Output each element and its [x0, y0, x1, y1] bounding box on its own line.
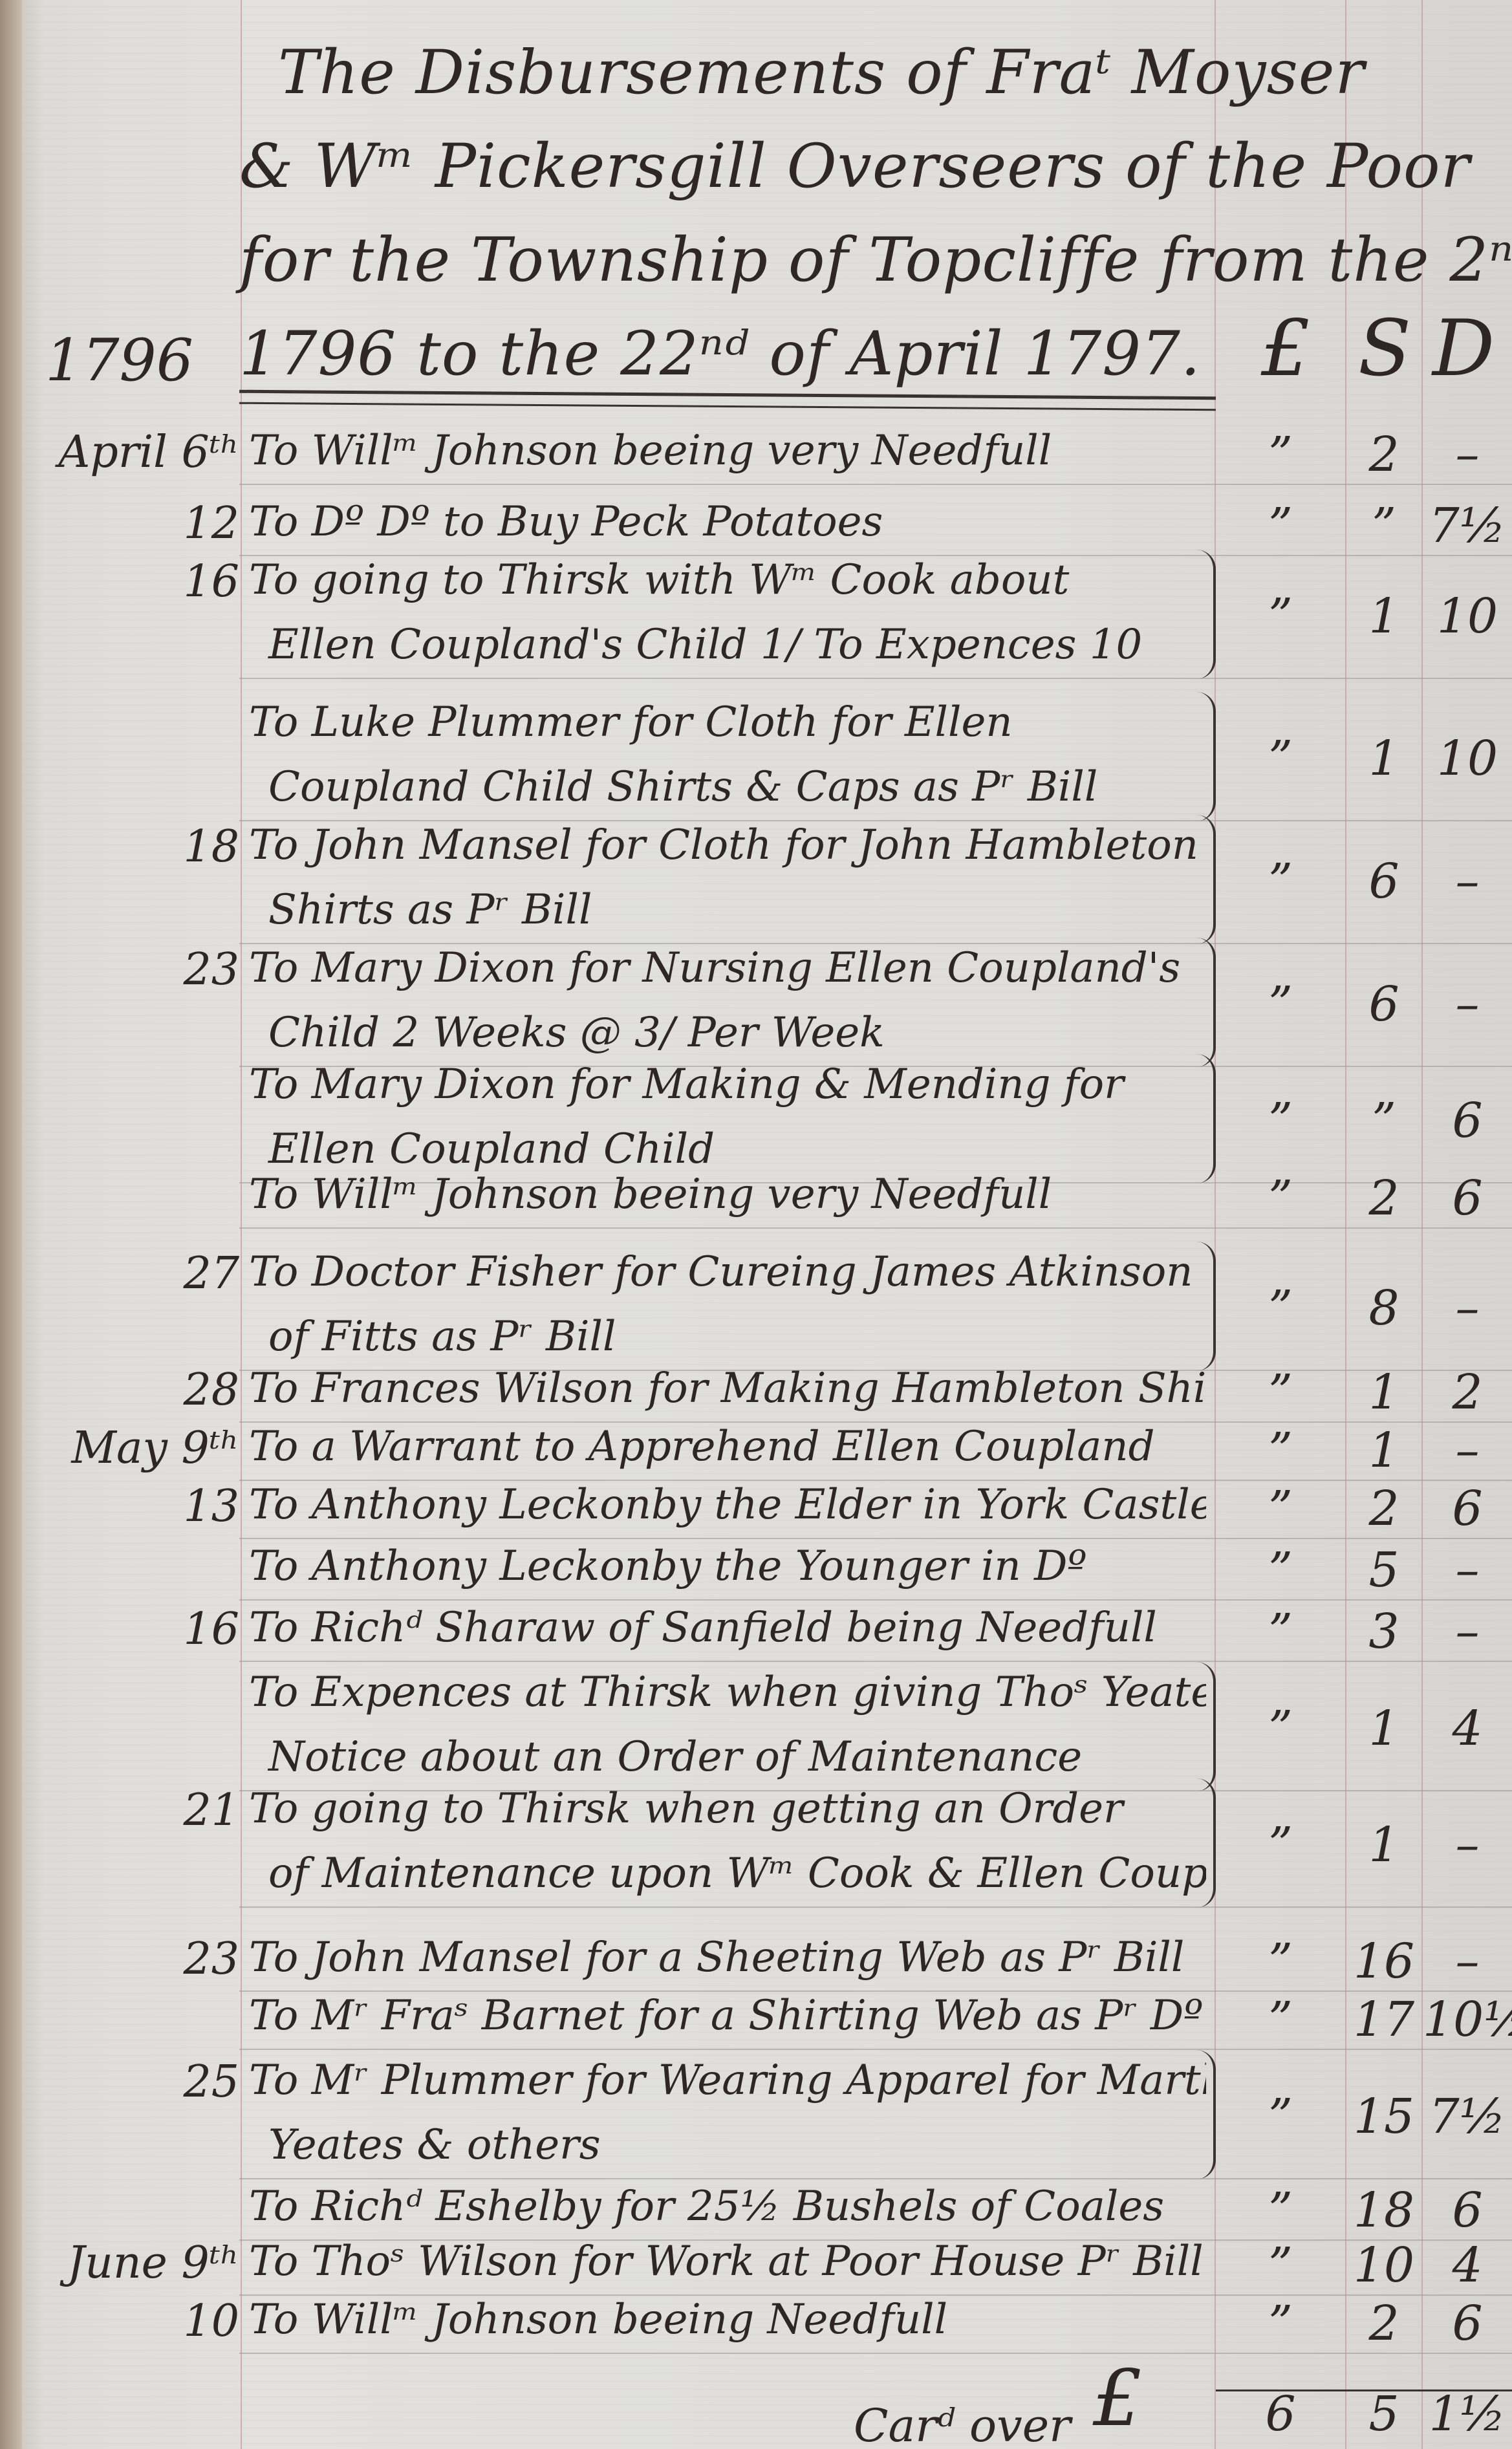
- entry-line: Coupland Child Shirts & Caps as Pʳ Bill: [249, 763, 1206, 828]
- entry-date: 13: [26, 1481, 239, 1532]
- entry-description: To Anthony Leckonby the Elder in York Ca…: [249, 1481, 1206, 1546]
- ruled-line: [239, 1906, 1512, 1908]
- entry-shillings: 3: [1345, 1604, 1423, 1659]
- entry-date: 16: [26, 1604, 239, 1655]
- entry-pence: –: [1423, 427, 1512, 482]
- entry-shillings: 1: [1345, 588, 1423, 644]
- entry-description: To going to Thirsk with Wᵐ Cook aboutEll…: [249, 556, 1206, 685]
- entry-description: To Doctor Fisher for Cureing James Atkin…: [249, 1248, 1206, 1377]
- entry-month: June: [67, 2238, 167, 2289]
- entry-day: 9ᵗʰ: [182, 2238, 239, 2289]
- entry-day: 6ᵗʰ: [182, 427, 239, 478]
- entry-pounds: ”: [1216, 1365, 1345, 1420]
- entry-date: 23: [26, 1934, 239, 1985]
- entry-shillings: 6: [1345, 854, 1423, 909]
- entry-line: To Expences at Thirsk when giving Thoˢ Y…: [249, 1668, 1206, 1733]
- entry-description: To Luke Plummer for Cloth for EllenCoupl…: [249, 698, 1206, 828]
- entry-date: 21: [26, 1785, 239, 1836]
- entry-brace: [1196, 692, 1216, 821]
- title-line: & Wᵐ Pickersgill Overseers of the Poor: [239, 120, 1248, 213]
- entry-pounds: ”: [1216, 1604, 1345, 1659]
- entry-description: To John Mansel for a Sheeting Web as Pʳ …: [249, 1934, 1206, 1998]
- entry-description: To Mʳ Plummer for Wearing Apparel for Ma…: [249, 2056, 1206, 2186]
- entry-day: 10: [183, 2296, 239, 2347]
- entry-shillings: 15: [1345, 2089, 1423, 2144]
- entry-line: Ellen Coupland's Child 1/ To Expences 10: [249, 621, 1206, 685]
- entry-line: To a Warrant to Apprehend Ellen Coupland: [249, 1423, 1206, 1487]
- entry-pounds: ”: [1216, 1423, 1345, 1478]
- entry-day: 25: [183, 2056, 239, 2108]
- entry-brace: [1196, 2050, 1216, 2179]
- entry-shillings: 17: [1345, 1992, 1423, 2047]
- entry-pounds: ”: [1216, 588, 1345, 644]
- entry-brace: [1196, 938, 1216, 1067]
- entry-shillings: ”: [1345, 1093, 1423, 1149]
- entry-date: 28: [26, 1365, 239, 1416]
- entry-description: To a Warrant to Apprehend Ellen Coupland: [249, 1423, 1206, 1487]
- entry-shillings: 1: [1345, 1365, 1423, 1420]
- pounds-header: £: [1261, 304, 1310, 394]
- entry-shillings: 10: [1345, 2238, 1423, 2293]
- entry-pence: 7½: [1423, 2089, 1512, 2144]
- entry-brace: [1196, 1054, 1216, 1183]
- entry-date: April 6ᵗʰ: [26, 427, 239, 478]
- entry-shillings: 2: [1345, 1171, 1423, 1226]
- entry-pounds: ”: [1216, 2089, 1345, 2144]
- total-shillings: 5: [1345, 2386, 1423, 2442]
- entry-pence: 7½: [1423, 498, 1512, 554]
- entry-description: To Willᵐ Johnson beeing Needfull: [249, 2296, 1206, 2360]
- title-line: for the Township of Topcliffe from the 2…: [239, 213, 1248, 307]
- entry-pence: 10: [1423, 588, 1512, 644]
- ruled-line: [239, 2178, 1512, 2179]
- ruled-line: [239, 1538, 1512, 1539]
- entry-month: April: [58, 427, 167, 478]
- entry-day: 28: [183, 1365, 239, 1416]
- entry-brace: [1196, 1242, 1216, 1371]
- entry-line: To Willᵐ Johnson beeing Needfull: [249, 2296, 1206, 2360]
- entry-pounds: ”: [1216, 1992, 1345, 2047]
- entry-pence: 10: [1423, 731, 1512, 786]
- entry-pounds: ”: [1216, 731, 1345, 786]
- entry-description: To Richᵈ Sharaw of Sanfield being Needfu…: [249, 1604, 1206, 1668]
- entry-description: To John Mansel for Cloth for John Hamble…: [249, 821, 1206, 951]
- entry-shillings: 8: [1345, 1280, 1423, 1336]
- entry-line: To John Mansel for Cloth for John Hamble…: [249, 821, 1206, 886]
- entry-pence: –: [1423, 1542, 1512, 1598]
- entry-description: To Expences at Thirsk when giving Thoˢ Y…: [249, 1668, 1206, 1798]
- entry-day: 16: [183, 1604, 239, 1655]
- entry-pence: 6: [1423, 1481, 1512, 1537]
- entry-pence: 10½: [1423, 1992, 1512, 2047]
- entry-line: To Anthony Leckonby the Younger in Dº: [249, 1542, 1206, 1607]
- entry-pounds: ”: [1216, 1280, 1345, 1336]
- entry-month: May: [71, 1423, 167, 1474]
- entry-day: 9ᵗʰ: [182, 1423, 239, 1474]
- entry-line: To Anthony Leckonby the Elder in York Ca…: [249, 1481, 1206, 1546]
- entry-line: To Mary Dixon for Nursing Ellen Coupland…: [249, 944, 1206, 1009]
- entry-date: 18: [26, 821, 239, 872]
- entry-shillings: 6: [1345, 976, 1423, 1032]
- entry-line: To Frances Wilson for Making Hambleton S…: [249, 1365, 1206, 1429]
- year-margin: 1796: [45, 327, 193, 394]
- entry-description: To Dº Dº to Buy Peck Potatoes: [249, 498, 1206, 563]
- entry-pounds: ”: [1216, 498, 1345, 554]
- entry-description: To Willᵐ Johnson beeing very Needfull: [249, 427, 1206, 491]
- pence-header: D: [1432, 304, 1495, 394]
- entry-pounds: ”: [1216, 976, 1345, 1032]
- entry-pence: –: [1423, 1604, 1512, 1659]
- entry-line: To going to Thirsk with Wᵐ Cook about: [249, 556, 1206, 621]
- ruled-line: [239, 2353, 1512, 2354]
- entry-line: To Doctor Fisher for Cureing James Atkin…: [249, 1248, 1206, 1313]
- title-line: 1796 to the 22ⁿᵈ of April 1797.: [239, 307, 1248, 401]
- entry-pounds: ”: [1216, 2183, 1345, 2238]
- entry-pence: 6: [1423, 1171, 1512, 1226]
- entry-line: To Mary Dixon for Making & Mending for: [249, 1061, 1206, 1125]
- ledger-page: The Disbursements of Fraᵗ Moyser & Wᵐ Pi…: [0, 0, 1512, 2449]
- entry-day: 21: [183, 1785, 239, 1836]
- entry-description: To going to Thirsk when getting an Order…: [249, 1785, 1206, 1914]
- entry-line: To Richᵈ Sharaw of Sanfield being Needfu…: [249, 1604, 1206, 1668]
- entry-shillings: 2: [1345, 2296, 1423, 2351]
- ruled-line: [239, 484, 1512, 485]
- entry-day: 18: [183, 821, 239, 872]
- entry-day: 12: [183, 498, 239, 549]
- entry-date: 10: [26, 2296, 239, 2347]
- entry-pence: –: [1423, 1817, 1512, 1873]
- entry-description: To Mʳ Fraˢ Barnet for a Shirting Web as …: [249, 1992, 1206, 2056]
- entry-pence: –: [1423, 1280, 1512, 1336]
- entry-date: 23: [26, 944, 239, 995]
- entry-day: 16: [183, 556, 239, 607]
- total-pence: 1½: [1423, 2386, 1512, 2442]
- entry-pounds: ”: [1216, 2296, 1345, 2351]
- entry-line: To Luke Plummer for Cloth for Ellen: [249, 698, 1206, 763]
- entry-shillings: 1: [1345, 731, 1423, 786]
- entry-day: 23: [183, 1934, 239, 1985]
- entry-line: To Willᵐ Johnson beeing very Needfull: [249, 1171, 1206, 1235]
- entry-line: To Dº Dº to Buy Peck Potatoes: [249, 498, 1206, 563]
- entry-pounds: ”: [1216, 1481, 1345, 1537]
- entry-shillings: 18: [1345, 2183, 1423, 2238]
- entry-date: 16: [26, 556, 239, 607]
- ruled-line: [239, 678, 1512, 679]
- entry-day: 23: [183, 944, 239, 995]
- entry-brace: [1196, 815, 1216, 944]
- entry-brace: [1196, 1662, 1216, 1791]
- ruled-line: [239, 2049, 1512, 2050]
- entry-pounds: ”: [1216, 1817, 1345, 1873]
- ruled-line: [239, 1227, 1512, 1229]
- ledger-title: The Disbursements of Fraᵗ Moyser & Wᵐ Pi…: [239, 26, 1248, 401]
- entry-pence: –: [1423, 854, 1512, 909]
- entry-date: 27: [26, 1248, 239, 1299]
- entry-pence: 2: [1423, 1365, 1512, 1420]
- entry-pounds: ”: [1216, 854, 1345, 909]
- entry-day: 27: [183, 1248, 239, 1299]
- entry-description: To Thoˢ Wilson for Work at Poor House Pʳ…: [249, 2238, 1206, 2302]
- entry-day: 13: [183, 1481, 239, 1532]
- entry-pence: –: [1423, 1423, 1512, 1478]
- entry-pounds: ”: [1216, 2238, 1345, 2293]
- ruled-line: [239, 1599, 1512, 1601]
- entry-line: Shirts as Pʳ Bill: [249, 886, 1206, 951]
- entry-pounds: ”: [1216, 1701, 1345, 1756]
- entry-line: To Willᵐ Johnson beeing very Needfull: [249, 427, 1206, 491]
- entry-pounds: ”: [1216, 1934, 1345, 1989]
- entry-pence: 6: [1423, 1093, 1512, 1149]
- entry-shillings: 1: [1345, 1701, 1423, 1756]
- book-binding-edge: [0, 0, 22, 2449]
- entry-pounds: ”: [1216, 1093, 1345, 1149]
- entry-shillings: 5: [1345, 1542, 1423, 1598]
- title-line: The Disbursements of Fraᵗ Moyser: [239, 26, 1248, 120]
- entry-description: To Frances Wilson for Making Hambleton S…: [249, 1365, 1206, 1429]
- entry-shillings: 16: [1345, 1934, 1423, 1989]
- entry-description: To Anthony Leckonby the Younger in Dº: [249, 1542, 1206, 1607]
- carried-over-label: Carᵈ over: [854, 2399, 1071, 2449]
- entry-date: 12: [26, 498, 239, 549]
- total-pounds: 6: [1216, 2386, 1345, 2442]
- entry-line: Yeates & others: [249, 2121, 1206, 2186]
- entry-shillings: 1: [1345, 1423, 1423, 1478]
- entry-shillings: 1: [1345, 1817, 1423, 1873]
- entry-date: May 9ᵗʰ: [26, 1423, 239, 1474]
- ruled-line: [239, 1661, 1512, 1662]
- entry-pounds: ”: [1216, 1542, 1345, 1598]
- entry-date: 25: [26, 2056, 239, 2108]
- entry-description: To Willᵐ Johnson beeing very Needfull: [249, 1171, 1206, 1235]
- shillings-header: S: [1358, 304, 1411, 394]
- entry-line: of Maintenance upon Wᵐ Cook & Ellen Coup…: [249, 1850, 1206, 1914]
- pound-sign-mark: £: [1093, 2354, 1142, 2444]
- entry-pence: –: [1423, 1934, 1512, 1989]
- entry-pence: 6: [1423, 2296, 1512, 2351]
- entry-date: June 9ᵗʰ: [26, 2238, 239, 2289]
- entry-pence: 4: [1423, 2238, 1512, 2293]
- entry-line: To Mʳ Plummer for Wearing Apparel for Ma…: [249, 2056, 1206, 2121]
- entry-pence: –: [1423, 976, 1512, 1032]
- entry-line: To Mʳ Fraˢ Barnet for a Shirting Web as …: [249, 1992, 1206, 2056]
- entry-line: To John Mansel for a Sheeting Web as Pʳ …: [249, 1934, 1206, 1998]
- entry-shillings: 2: [1345, 1481, 1423, 1537]
- entry-shillings: ”: [1345, 498, 1423, 554]
- entry-pence: 6: [1423, 2183, 1512, 2238]
- entry-brace: [1196, 1778, 1216, 1908]
- entry-pounds: ”: [1216, 427, 1345, 482]
- entry-brace: [1196, 550, 1216, 679]
- entry-shillings: 2: [1345, 427, 1423, 482]
- entry-pence: 4: [1423, 1701, 1512, 1756]
- entry-description: To Mary Dixon for Nursing Ellen Coupland…: [249, 944, 1206, 1073]
- entry-line: To Thoˢ Wilson for Work at Poor House Pʳ…: [249, 2238, 1206, 2302]
- entry-line: To going to Thirsk when getting an Order: [249, 1785, 1206, 1850]
- entry-pounds: ”: [1216, 1171, 1345, 1226]
